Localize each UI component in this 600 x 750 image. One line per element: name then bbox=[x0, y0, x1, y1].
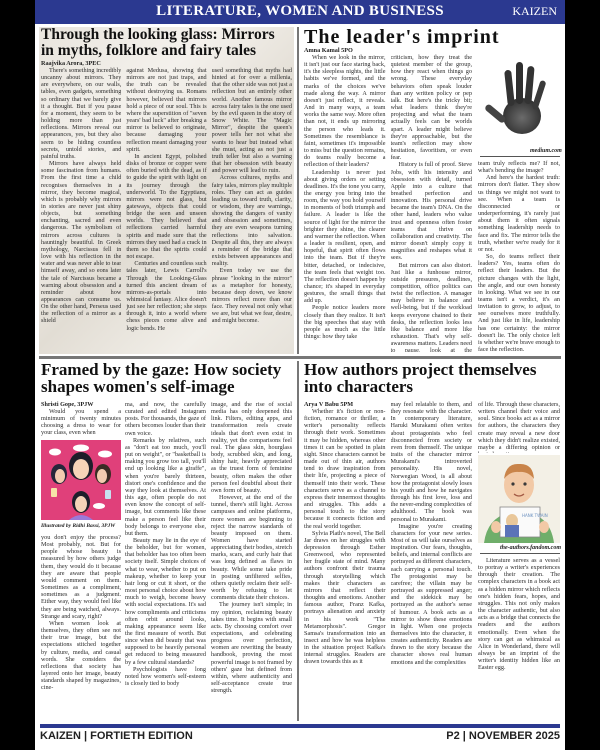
footer-edition: KAIZEN | FORTIETH EDITION bbox=[40, 730, 193, 742]
paragraph: When women look at themselves, they ofte… bbox=[41, 620, 121, 692]
paragraph: Centuries and countless such tales later… bbox=[126, 260, 206, 332]
caption-rule bbox=[480, 553, 560, 554]
article-column: of life. Through these characters, write… bbox=[478, 401, 560, 453]
brand-name: KAIZEN bbox=[512, 4, 557, 19]
illustration-women-self-image bbox=[41, 440, 121, 520]
paragraph: against Medusa, showing that mirrors are… bbox=[126, 67, 206, 153]
paragraph: There's something incredibly uncanny abo… bbox=[41, 67, 121, 160]
article-column: criticism, how they treat the quietest m… bbox=[391, 54, 473, 352]
paragraph: Leadership is never just about giving or… bbox=[304, 169, 386, 305]
paragraph: Imagine you're creating characters for y… bbox=[391, 523, 473, 666]
paragraph: History is full of proof. Steve Jobs, wi… bbox=[391, 161, 473, 261]
article-column: may feel relatable to them, and they res… bbox=[391, 401, 473, 719]
article-headline: The leader's imprint bbox=[304, 27, 500, 47]
article-byline: Raajvika Arora, 3PEC bbox=[41, 60, 101, 67]
article-mirrors: Through the looking glass: Mirrors in my… bbox=[39, 27, 294, 354]
paragraph: However, at the end of the tunnel, there… bbox=[211, 494, 292, 601]
column-divider bbox=[297, 361, 299, 721]
paragraph: criticism, how they treat the quietest m… bbox=[391, 54, 473, 161]
paragraph: Would you spend a minimum of twenty minu… bbox=[41, 408, 121, 437]
paragraph: In ancient Egypt, polished disks of bron… bbox=[126, 153, 206, 260]
article-column: used something that myths had hinted at … bbox=[212, 67, 292, 352]
section-divider bbox=[39, 356, 561, 359]
section-masthead: LITERATURE, WOMEN AND BUSINESS KAIZEN bbox=[35, 0, 565, 24]
footer-rule bbox=[40, 724, 560, 728]
paragraph: used something that myths had hinted at … bbox=[212, 67, 292, 174]
image-caption: Illustrated by Ridhi Bassi, 3PJW bbox=[41, 523, 115, 529]
paragraph: People notice leaders more closely than … bbox=[304, 304, 386, 340]
article-column: image, and the rise of social media has … bbox=[211, 401, 292, 719]
article-body: There's something incredibly uncanny abo… bbox=[41, 67, 292, 352]
paragraph: Psychologists have long noted how women'… bbox=[125, 666, 206, 687]
article-column: Would you spend a minimum of twenty minu… bbox=[41, 408, 121, 438]
svg-text:HANK TWAIN: HANK TWAIN bbox=[522, 513, 548, 518]
article-byline: Arya V Babu 5PM bbox=[304, 401, 353, 408]
paragraph: of life. Through these characters, write… bbox=[478, 401, 560, 453]
paragraph: Whether it's fiction or non-fiction, rom… bbox=[304, 408, 386, 530]
article-headline: Framed by the gaze: How society shapes w… bbox=[41, 361, 293, 395]
article-column: against Medusa, showing that mirrors are… bbox=[126, 67, 206, 352]
paragraph: Mirrors have always held some fascinatio… bbox=[41, 160, 121, 325]
article-body: ma, and now, the carefully curated and e… bbox=[125, 401, 292, 719]
article-byline: Shristi Gope, 3PJW bbox=[41, 401, 93, 408]
newspaper-page: LITERATURE, WOMEN AND BUSINESS KAIZEN Th… bbox=[35, 0, 565, 750]
handprint-icon bbox=[478, 52, 560, 146]
article-body: Whether it's fiction or non-fiction, rom… bbox=[304, 408, 472, 719]
article-body: When we look in the mirror, it isn't jus… bbox=[304, 54, 472, 352]
section-title: LITERATURE, WOMEN AND BUSINESS bbox=[35, 3, 565, 20]
paragraph: And here's the hardest truth: mirrors do… bbox=[478, 174, 560, 253]
paragraph: But mirrors can also distort. Just like … bbox=[391, 262, 473, 352]
article-headline: Through the looking glass: Mirrors in my… bbox=[41, 27, 291, 59]
paragraph: may feel relatable to them, and they res… bbox=[391, 401, 473, 523]
paragraph: Beauty may lie in the eye of the beholde… bbox=[125, 537, 206, 666]
paragraph: When we look in the mirror, it isn't jus… bbox=[304, 54, 386, 169]
image-caption: the-authors.fandom.com bbox=[500, 545, 561, 551]
paragraph: So, do teams reflect their leaders? Yes,… bbox=[478, 253, 560, 352]
paragraph: ma, and now, the carefully curated and e… bbox=[125, 401, 206, 437]
article-column: When we look in the mirror, it isn't jus… bbox=[304, 54, 386, 352]
boy-with-book-illustration: HANK TWAIN bbox=[478, 455, 560, 543]
paragraph: team truly reflects me? If not, what's b… bbox=[478, 160, 560, 174]
paragraph: Literature serves as a vessel to portray… bbox=[478, 557, 560, 672]
boy-reading-icon: HANK TWAIN bbox=[478, 455, 560, 543]
article-leader: The leader's imprint Amna Kamal 5PO When… bbox=[302, 27, 563, 354]
paragraph: The journey isn't simple; in my opinion,… bbox=[211, 601, 292, 694]
article-column: you don't enjoy the process? Most probab… bbox=[41, 534, 121, 719]
handprint-image bbox=[478, 52, 560, 146]
paragraph: Across cultures, myths and fairy tales, … bbox=[212, 174, 292, 267]
article-column: team truly reflects me? If not, what's b… bbox=[478, 160, 560, 352]
article-byline: Amna Kamal 5PO bbox=[304, 47, 353, 54]
column-divider bbox=[297, 27, 299, 354]
article-gaze: Framed by the gaze: How society shapes w… bbox=[39, 361, 294, 721]
women-faces-illustration-icon bbox=[41, 440, 121, 520]
caption-rule bbox=[480, 156, 560, 157]
article-column: There's something incredibly uncanny abo… bbox=[41, 67, 121, 352]
article-authors: How authors project themselves into char… bbox=[302, 361, 563, 721]
paragraph: Remarks by relatives, such as "don't eat… bbox=[125, 437, 206, 537]
article-column: ma, and now, the carefully curated and e… bbox=[125, 401, 206, 719]
paragraph: image, and the rise of social media has … bbox=[211, 401, 292, 494]
article-column: Literature serves as a vessel to portray… bbox=[478, 557, 560, 719]
image-caption: medium.com bbox=[530, 148, 562, 154]
paragraph: you don't enjoy the process? Most probab… bbox=[41, 534, 121, 620]
article-column: Whether it's fiction or non-fiction, rom… bbox=[304, 408, 386, 719]
paragraph: Sylvia Plath's novel, The Bell Jar draws… bbox=[304, 530, 386, 666]
paragraph: Even today we use the phrase "looking in… bbox=[212, 267, 292, 324]
article-headline: How authors project themselves into char… bbox=[304, 361, 562, 395]
footer-page-date: P2 | NOVEMBER 2025 bbox=[446, 730, 560, 742]
